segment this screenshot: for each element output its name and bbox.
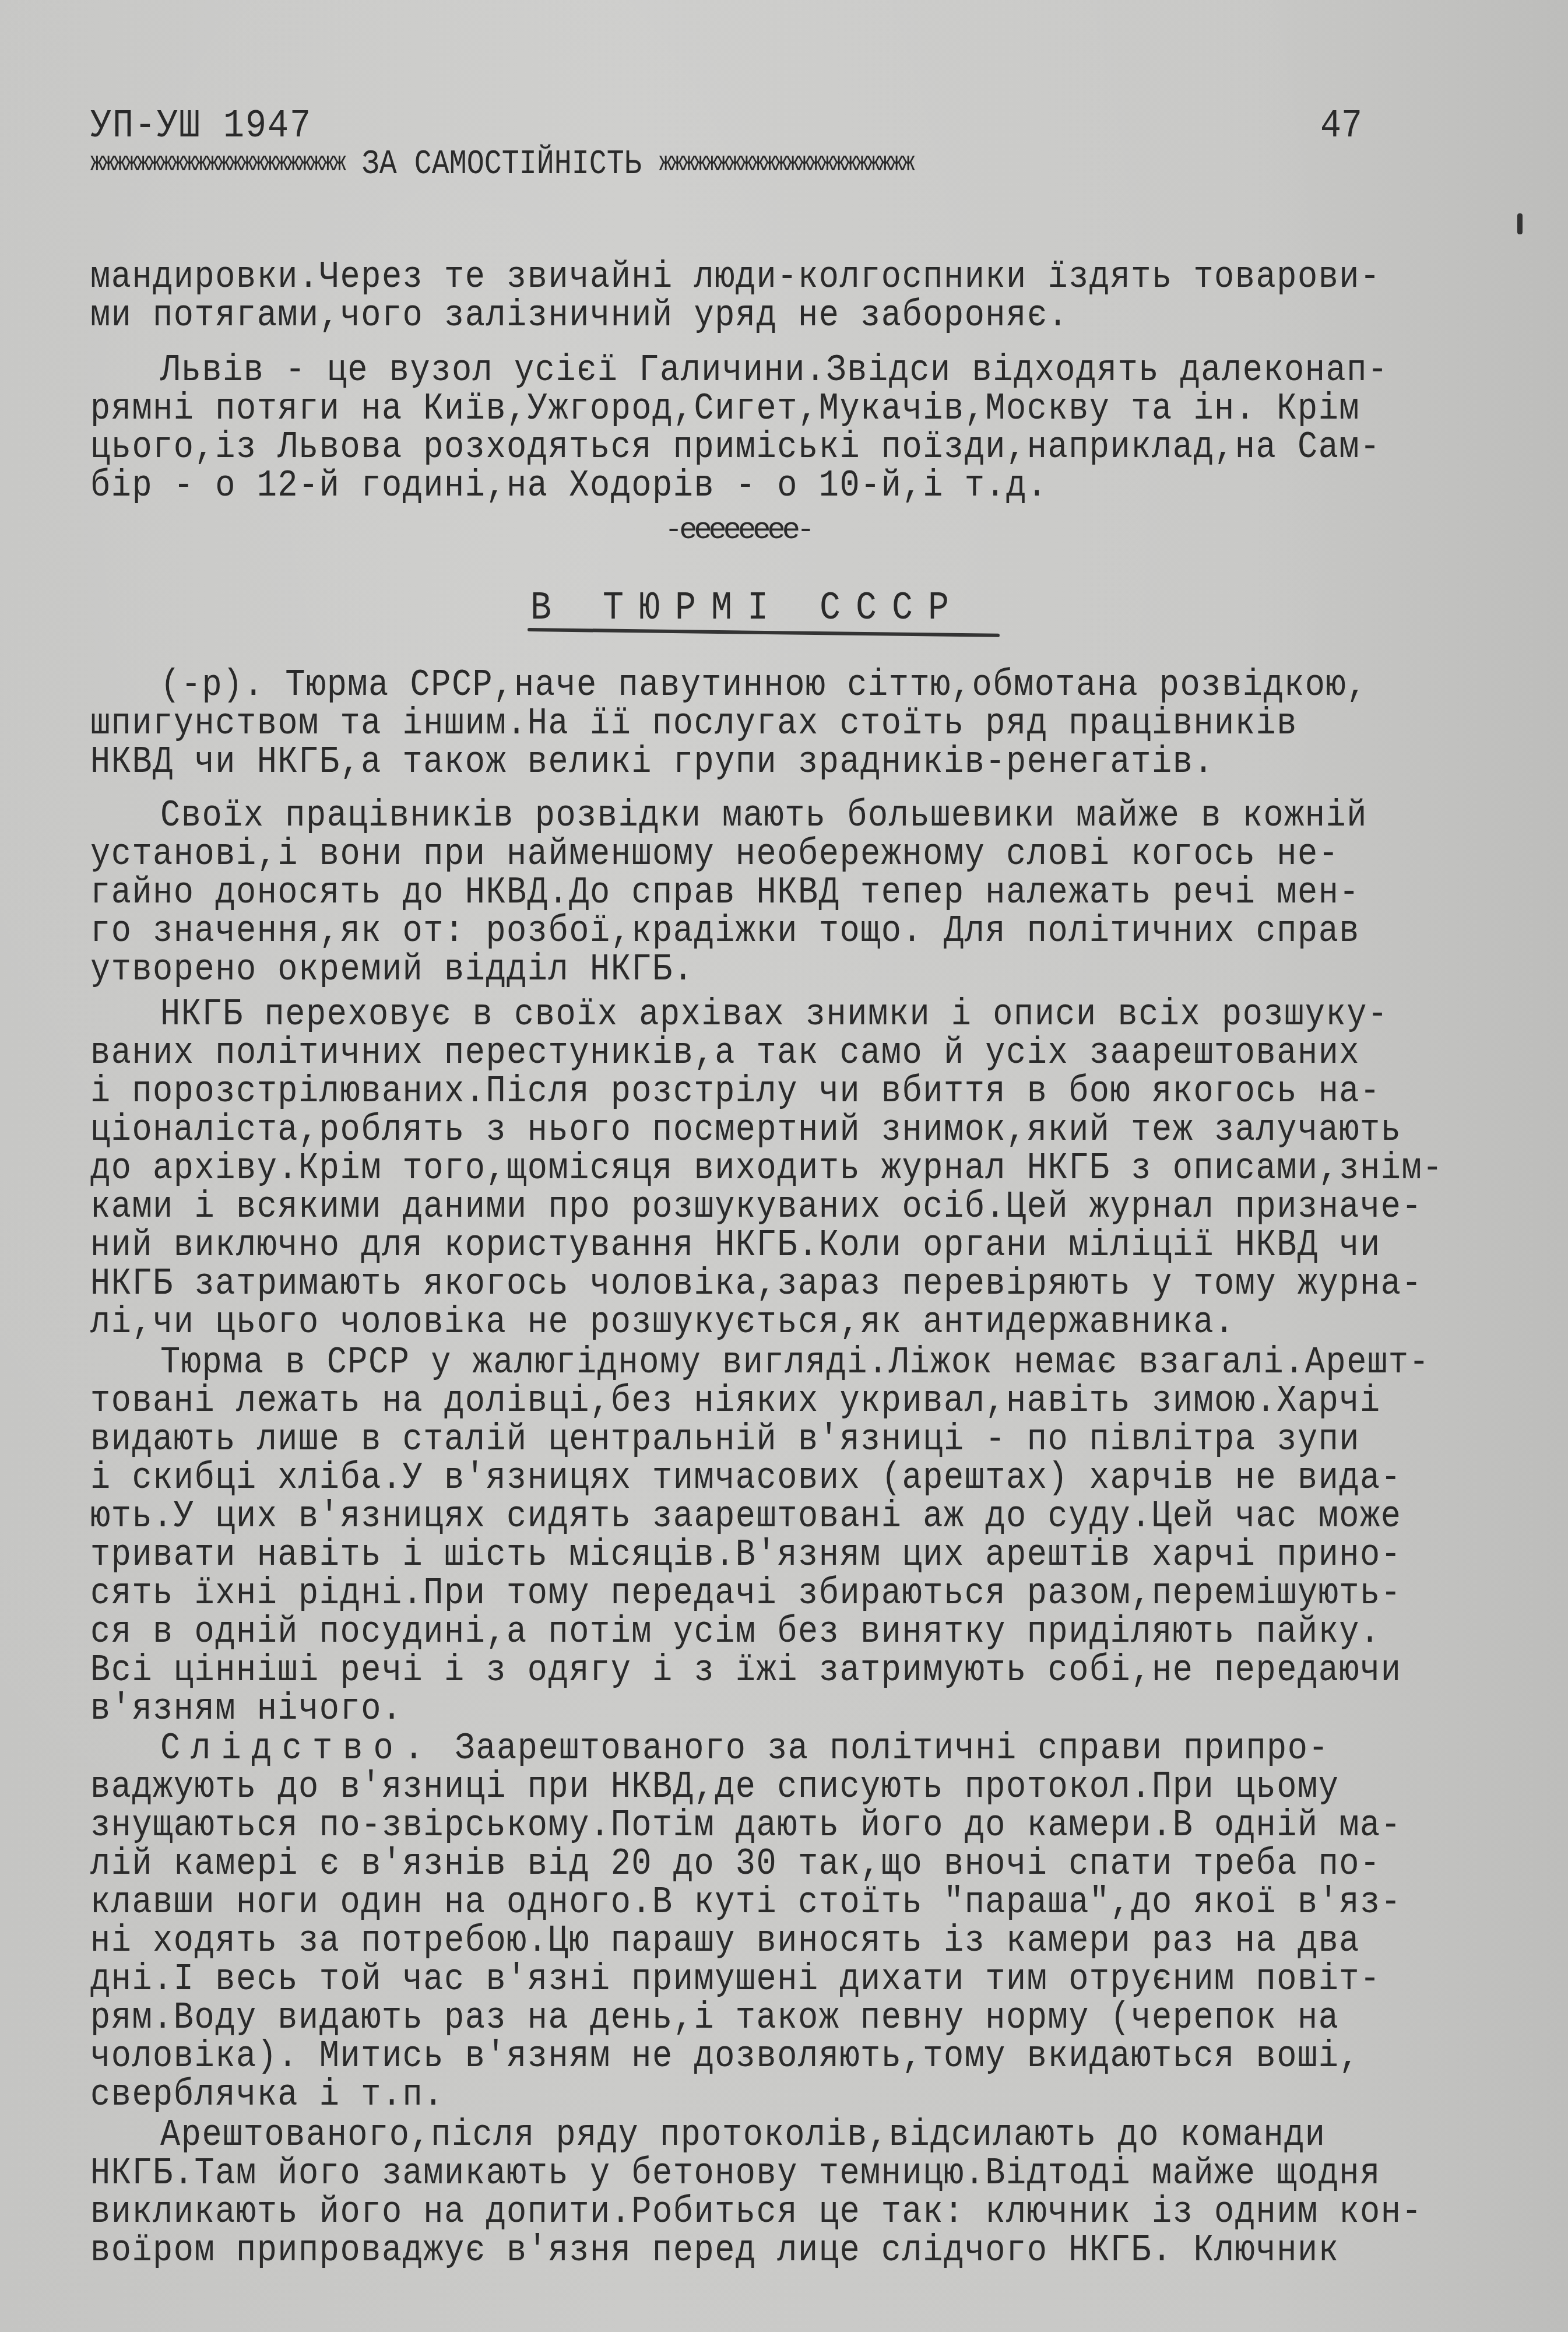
section-divider: -ееееееее- — [665, 513, 811, 547]
text-line: тривати навіть і шість місяців.В'язням ц… — [90, 1533, 1430, 1578]
margin-mark — [1517, 213, 1523, 234]
text-line: цього,із Львова розходяться приміські по… — [90, 426, 1388, 470]
text-line: і порозстрілюваних.Після розстрілу чи вб… — [90, 1070, 1443, 1114]
masthead-ornament-left: жжжжжжжжжжжжжжжжжжжжжж — [90, 149, 344, 179]
text-line: рям.Воду видають раз на день,і також пев… — [90, 1996, 1401, 2040]
text-line: ками і всякими даними про розшукуваних о… — [90, 1185, 1443, 1230]
lviv-paragraph: Львів - це вузол усієї Галичини.Звідси в… — [90, 349, 1388, 503]
article-paragraph-3: НКГБ переховує в своїх архівах знимки і … — [90, 993, 1443, 1339]
page-number: 47 — [1320, 104, 1362, 149]
text-line: ваджують до в'язниці при НКВД,де списуют… — [90, 1765, 1401, 1810]
text-line: товані лежать на долівці,без ніяких укри… — [90, 1379, 1430, 1424]
text-line: лі,чи цього чоловіка не розшукується,як … — [90, 1301, 1443, 1345]
text-line: НКВД чи НКГБ,а також великі групи зрадни… — [90, 740, 1367, 785]
article-paragraph-1: (-р). Тюрма СРСР,наче павутинною сіттю,о… — [90, 663, 1367, 779]
text-line: Арештованого,після ряду протоколів,відси… — [90, 2113, 1422, 2158]
text-line: Слідство. Заарештованого за політичні сп… — [90, 1727, 1401, 1771]
article-paragraph-5: Слідство. Заарештованого за політичні сп… — [90, 1727, 1401, 2112]
text-line: воїром припроваджує в'язня перед лице сл… — [90, 2229, 1422, 2273]
text-line: ють.У цих в'язницях сидять заарештовані … — [90, 1495, 1430, 1539]
text-line: НКГБ затримають якогось чоловіка,зараз п… — [90, 1262, 1443, 1307]
text-line: го значення,як от: розбої,крадіжки тощо.… — [90, 909, 1367, 954]
text-line: Тюрма в СРСР у жалюгідному вигляді.Ліжок… — [90, 1341, 1430, 1385]
text-line: видають лише в сталій центральній в'язни… — [90, 1418, 1430, 1462]
text-line: гайно доносять до НКВД.До справ НКВД теп… — [90, 871, 1367, 915]
text-line: до архіву.Крім того,щомісяця виходить жу… — [90, 1147, 1443, 1191]
article-paragraph-4: Тюрма в СРСР у жалюгідному вигляді.Ліжок… — [90, 1341, 1430, 1726]
text-line: НКГБ переховує в своїх архівах знимки і … — [90, 993, 1443, 1037]
text-line: викликають його на допити.Робиться це та… — [90, 2190, 1422, 2235]
continuation-paragraph: мандировки.Через те звичайні люди-колгос… — [90, 255, 1381, 332]
text-line: чоловіка). Митись в'язням не дозволяють,… — [90, 2035, 1401, 2079]
article-paragraph-2: Своїх працівників розвідки мають большев… — [90, 794, 1367, 986]
text-line: ні ходять за потребою.Цю парашу виносять… — [90, 1919, 1401, 1964]
text-line: клавши ноги один на одного.В куті стоїть… — [90, 1881, 1401, 1925]
issue-date: УП-УШ 1947 — [90, 104, 312, 149]
text-line: ваних політичних перестуників,а так само… — [90, 1031, 1443, 1076]
text-line: ся в одній посудині,а потім усім без вин… — [90, 1610, 1430, 1655]
masthead: жжжжжжжжжжжжжжжжжжжжжж ЗА САМОСТІЙНІСТЬ … — [90, 145, 913, 184]
text-line: і скибці хліба.У в'язницях тимчасових (а… — [90, 1456, 1430, 1501]
text-line: Всі цінніші речі і з одягу і з їжі затри… — [90, 1649, 1430, 1693]
text-line: сверблячка і т.п. — [90, 2073, 1401, 2117]
text-line: знущаються по-звірському.Потім дають йог… — [90, 1804, 1401, 1848]
text-line: НКГБ.Там його замикають у бетонову темни… — [90, 2152, 1422, 2196]
text-line: ціоналіста,роблять з нього посмертний зн… — [90, 1108, 1443, 1153]
document-page: УП-УШ 1947 47 жжжжжжжжжжжжжжжжжжжжжж ЗА … — [0, 0, 1568, 2332]
text-line: шпигунством та іншим.На її послугах стої… — [90, 702, 1367, 746]
article-title: В ТЮРМІ СССР — [530, 586, 964, 631]
text-line: лій камері є в'язнів від 20 до 30 так,що… — [90, 1842, 1401, 1887]
text-line: (-р). Тюрма СРСР,наче павутинною сіттю,о… — [90, 663, 1367, 708]
masthead-title: ЗА САМОСТІЙНІСТЬ — [362, 145, 642, 184]
text-line: утворено окремий відділ НКГБ. — [90, 948, 1367, 992]
text-line: установі,і вони при найменшому необережн… — [90, 833, 1367, 877]
text-line: Своїх працівників розвідки мають большев… — [90, 794, 1367, 838]
investigation-subheading: Слідство. — [160, 1727, 434, 1771]
text-line: бір - о 12-й годині,на Ходорів - о 10-й,… — [90, 464, 1388, 508]
text-line: мандировки.Через те звичайні люди-колгос… — [90, 255, 1381, 300]
text-line: сять їхні рідні.При тому передачі збираю… — [90, 1572, 1430, 1616]
article-paragraph-6: Арештованого,після ряду протоколів,відси… — [90, 2113, 1422, 2267]
masthead-ornament-right: жжжжжжжжжжжжжжжжжжжжжж — [659, 149, 913, 179]
text-line: в'язням нічого. — [90, 1687, 1430, 1732]
text-line: ми потягами,чого залізничний уряд не заб… — [90, 294, 1381, 338]
text-line: Львів - це вузол усієї Галичини.Звідси в… — [90, 349, 1388, 393]
text-line: дні.І весь той час в'язні примушені диха… — [90, 1958, 1401, 2002]
text-line: рямні потяги на Київ,Ужгород,Сигет,Мукач… — [90, 387, 1388, 431]
text-line: ний виключно для користування НКГБ.Коли … — [90, 1224, 1443, 1268]
